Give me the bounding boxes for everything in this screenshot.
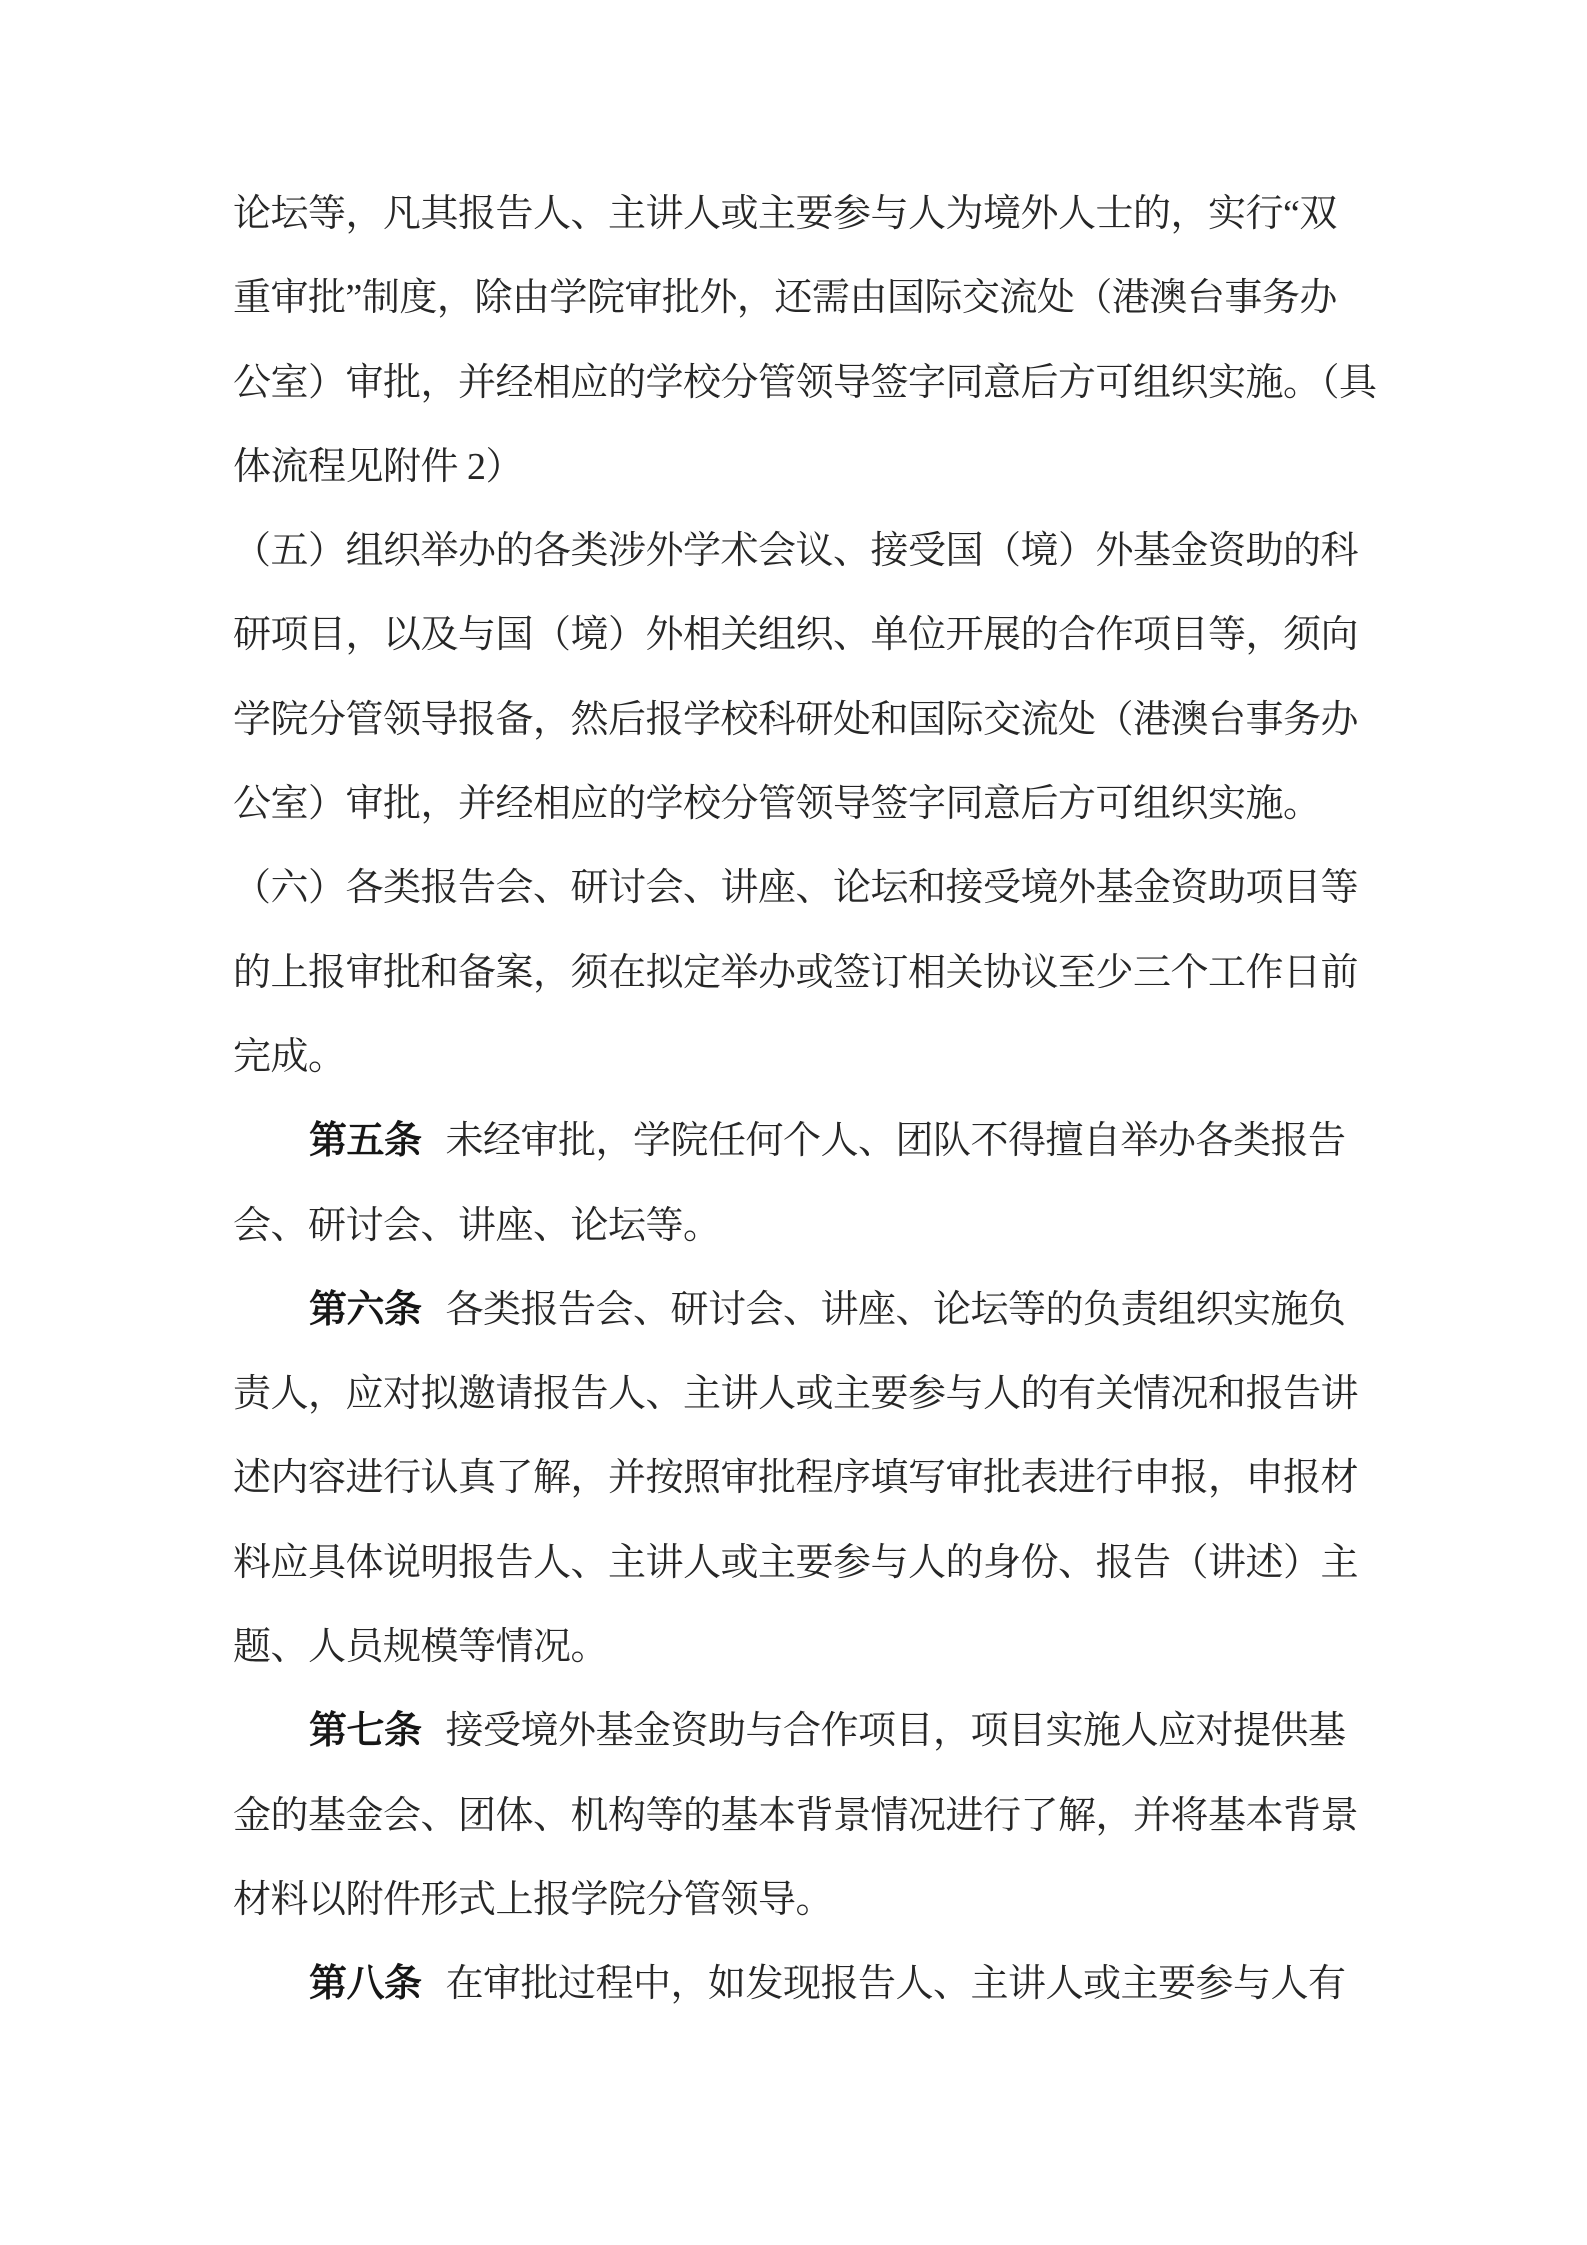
line-text: 材料以附件形式上报学院分管领导。 (233, 1879, 833, 1921)
document-line: 材料以附件形式上报学院分管领导。 (233, 1858, 1351, 1942)
line-text: （五）组织举办的各类涉外学术会议、接受国（境）外基金资助的科 (233, 530, 1358, 572)
line-text: 题、人员规模等情况。 (233, 1626, 608, 1668)
document-line: 学院分管领导报备，然后报学校科研处和国际交流处（港澳台事务办 (233, 678, 1351, 762)
line-text: 责人，应对拟邀请报告人、主讲人或主要参与人的有关情况和报告讲 (233, 1373, 1358, 1415)
line-text: 料应具体说明报告人、主讲人或主要参与人的身份、报告（讲述）主 (233, 1542, 1358, 1584)
line-text: 重审批”制度，除由学院审批外，还需由国际交流处（港澳台事务办 (233, 277, 1337, 319)
line-text: （六）各类报告会、研讨会、讲座、论坛和接受境外基金资助项目等 (233, 867, 1358, 909)
document-line: 第五条未经审批，学院任何个人、团队不得擅自举办各类报告 (233, 1099, 1351, 1183)
document-line: 第八条在审批过程中，如发现报告人、主讲人或主要参与人有 (233, 1942, 1351, 2026)
line-text: 未经审批，学院任何个人、团队不得擅自举办各类报告 (446, 1120, 1346, 1162)
line-text: 接受境外基金资助与合作项目，项目实施人应对提供基 (446, 1710, 1346, 1752)
document-line: 论坛等，凡其报告人、主讲人或主要参与人为境外人士的，实行“双 (233, 172, 1351, 256)
document-line: 题、人员规模等情况。 (233, 1605, 1351, 1689)
line-text: 公室）审批，并经相应的学校分管领导签字同意后方可组织实施。（具 (233, 362, 1377, 404)
document-line: 公室）审批，并经相应的学校分管领导签字同意后方可组织实施。 (233, 762, 1351, 846)
line-text: 论坛等，凡其报告人、主讲人或主要参与人为境外人士的，实行“双 (233, 193, 1337, 235)
document-line: 金的基金会、团体、机构等的基本背景情况进行了解，并将基本背景 (233, 1774, 1351, 1858)
document-line: 第七条接受境外基金资助与合作项目，项目实施人应对提供基 (233, 1689, 1351, 1773)
line-text: 体流程见附件 2） (233, 446, 523, 488)
line-text: 学院分管领导报备，然后报学校科研处和国际交流处（港澳台事务办 (233, 699, 1358, 741)
document-line: 会、研讨会、讲座、论坛等。 (233, 1184, 1351, 1268)
document-line: 公室）审批，并经相应的学校分管领导签字同意后方可组织实施。（具 (233, 341, 1351, 425)
article-number: 第八条 (309, 1963, 422, 2005)
document-line: 研项目，以及与国（境）外相关组织、单位开展的合作项目等，须向 (233, 593, 1351, 677)
line-text: 述内容进行认真了解，并按照审批程序填写审批表进行申报，申报材 (233, 1457, 1358, 1499)
line-text: 会、研讨会、讲座、论坛等。 (233, 1205, 721, 1247)
article-number: 第五条 (309, 1120, 422, 1162)
document-page: 论坛等，凡其报告人、主讲人或主要参与人为境外人士的，实行“双重审批”制度，除由学… (0, 0, 1587, 2245)
line-text: 研项目，以及与国（境）外相关组织、单位开展的合作项目等，须向 (233, 614, 1358, 656)
line-text: 各类报告会、研讨会、讲座、论坛等的负责组织实施负 (446, 1289, 1346, 1331)
document-line: 料应具体说明报告人、主讲人或主要参与人的身份、报告（讲述）主 (233, 1521, 1351, 1605)
document-line: （五）组织举办的各类涉外学术会议、接受国（境）外基金资助的科 (233, 509, 1351, 593)
article-number: 第七条 (309, 1710, 422, 1752)
document-line: 述内容进行认真了解，并按照审批程序填写审批表进行申报，申报材 (233, 1436, 1351, 1520)
line-text: 公室）审批，并经相应的学校分管领导签字同意后方可组织实施。 (233, 783, 1321, 825)
document-line: 的上报审批和备案，须在拟定举办或签订相关协议至少三个工作日前 (233, 931, 1351, 1015)
line-text: 的上报审批和备案，须在拟定举办或签订相关协议至少三个工作日前 (233, 952, 1358, 994)
document-line: 第六条各类报告会、研讨会、讲座、论坛等的负责组织实施负 (233, 1268, 1351, 1352)
article-number: 第六条 (309, 1289, 422, 1331)
document-body: 论坛等，凡其报告人、主讲人或主要参与人为境外人士的，实行“双重审批”制度，除由学… (233, 172, 1351, 2027)
line-text: 在审批过程中，如发现报告人、主讲人或主要参与人有 (446, 1963, 1346, 2005)
document-line: 完成。 (233, 1015, 1351, 1099)
document-line: 重审批”制度，除由学院审批外，还需由国际交流处（港澳台事务办 (233, 256, 1351, 340)
document-line: 体流程见附件 2） (233, 425, 1351, 509)
line-text: 完成。 (233, 1036, 346, 1078)
document-line: （六）各类报告会、研讨会、讲座、论坛和接受境外基金资助项目等 (233, 846, 1351, 930)
document-line: 责人，应对拟邀请报告人、主讲人或主要参与人的有关情况和报告讲 (233, 1352, 1351, 1436)
line-text: 金的基金会、团体、机构等的基本背景情况进行了解，并将基本背景 (233, 1795, 1358, 1837)
